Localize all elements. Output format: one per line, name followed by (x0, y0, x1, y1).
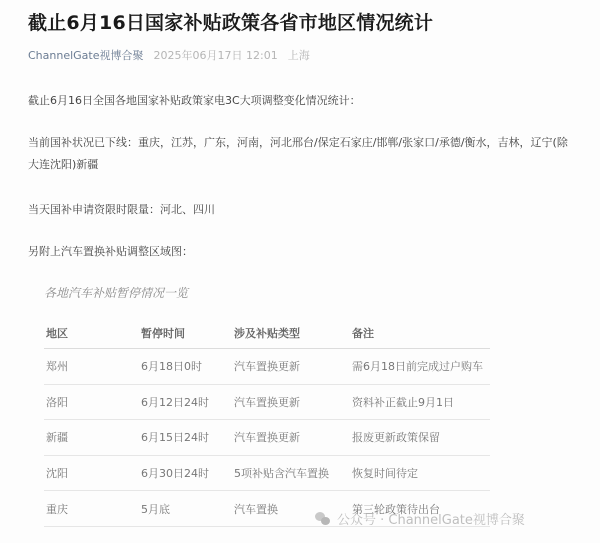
cell-region: 洛阳 (44, 394, 141, 410)
cell-pause-time: 5月底 (141, 501, 234, 517)
cell-subsidy-type: 5项补贴含汽车置换 (234, 465, 352, 481)
header-subsidy-type: 涉及补贴类型 (234, 325, 352, 341)
cell-subsidy-type: 汽车置换更新 (234, 429, 352, 445)
cell-subsidy-type: 汽车置换 (234, 501, 352, 517)
cell-notes: 资料补正截止9月1日 (352, 394, 490, 410)
table-row: 重庆 5月底 汽车置换 第三轮政策待出台 (44, 491, 490, 527)
cell-notes: 第三轮政策待出台 (352, 501, 490, 517)
cell-region: 沈阳 (44, 465, 141, 481)
header-notes: 备注 (352, 325, 490, 341)
table-row: 新疆 6月15日24时 汽车置换更新 报废更新政策保留 (44, 420, 490, 456)
cell-pause-time: 6月30日24时 (141, 465, 234, 481)
header-region: 地区 (44, 325, 141, 341)
cell-notes: 报废更新政策保留 (352, 429, 490, 445)
table-row: 沈阳 6月30日24时 5项补贴含汽车置换 恢复时间待定 (44, 456, 490, 492)
cell-region: 新疆 (44, 429, 141, 445)
cell-subsidy-type: 汽车置换更新 (234, 358, 352, 374)
paragraph-limited-regions: 当天国补申请资限时限量：河北、四川 (28, 199, 568, 221)
cell-pause-time: 6月12日24时 (141, 394, 234, 410)
cell-notes: 需6月18日前完成过户购车 (352, 358, 490, 374)
article-title: 截止6月16日国家补贴政策各省市地区情况统计 (28, 8, 433, 35)
article-meta: ChannelGate视博合聚 2025年06月17日 12:01 上海 (28, 47, 310, 63)
paragraph-intro: 截止6月16日全国各地国家补贴政策家电3C大项调整变化情况统计： (28, 90, 568, 112)
cell-region: 重庆 (44, 501, 141, 517)
table-row: 洛阳 6月12日24时 汽车置换更新 资料补正截止9月1日 (44, 385, 490, 421)
author-link[interactable]: ChannelGate视博合聚 (28, 47, 144, 63)
paragraph-car-note: 另附上汽车置换补贴调整区域图： (28, 241, 568, 263)
cell-subsidy-type: 汽车置换更新 (234, 394, 352, 410)
table-title: 各地汽车补贴暂停情况一览 (44, 284, 188, 301)
paragraph-offline-regions: 当前国补状况已下线：重庆，江苏，广东，河南，河北邢台/保定石家庄/邯郸/张家口/… (28, 132, 568, 176)
cell-pause-time: 6月15日24时 (141, 429, 234, 445)
table-row: 郑州 6月18日0时 汽车置换更新 需6月18日前完成过户购车 (44, 349, 490, 385)
publish-location: 上海 (288, 47, 310, 63)
cell-pause-time: 6月18日0时 (141, 358, 234, 374)
header-pause-time: 暂停时间 (141, 325, 234, 341)
car-subsidy-table: 地区 暂停时间 涉及补贴类型 备注 郑州 6月18日0时 汽车置换更新 需6月1… (44, 318, 490, 527)
publish-date: 2025年06月17日 12:01 (154, 47, 278, 63)
cell-notes: 恢复时间待定 (352, 465, 490, 481)
cell-region: 郑州 (44, 358, 141, 374)
table-header-row: 地区 暂停时间 涉及补贴类型 备注 (44, 318, 490, 349)
